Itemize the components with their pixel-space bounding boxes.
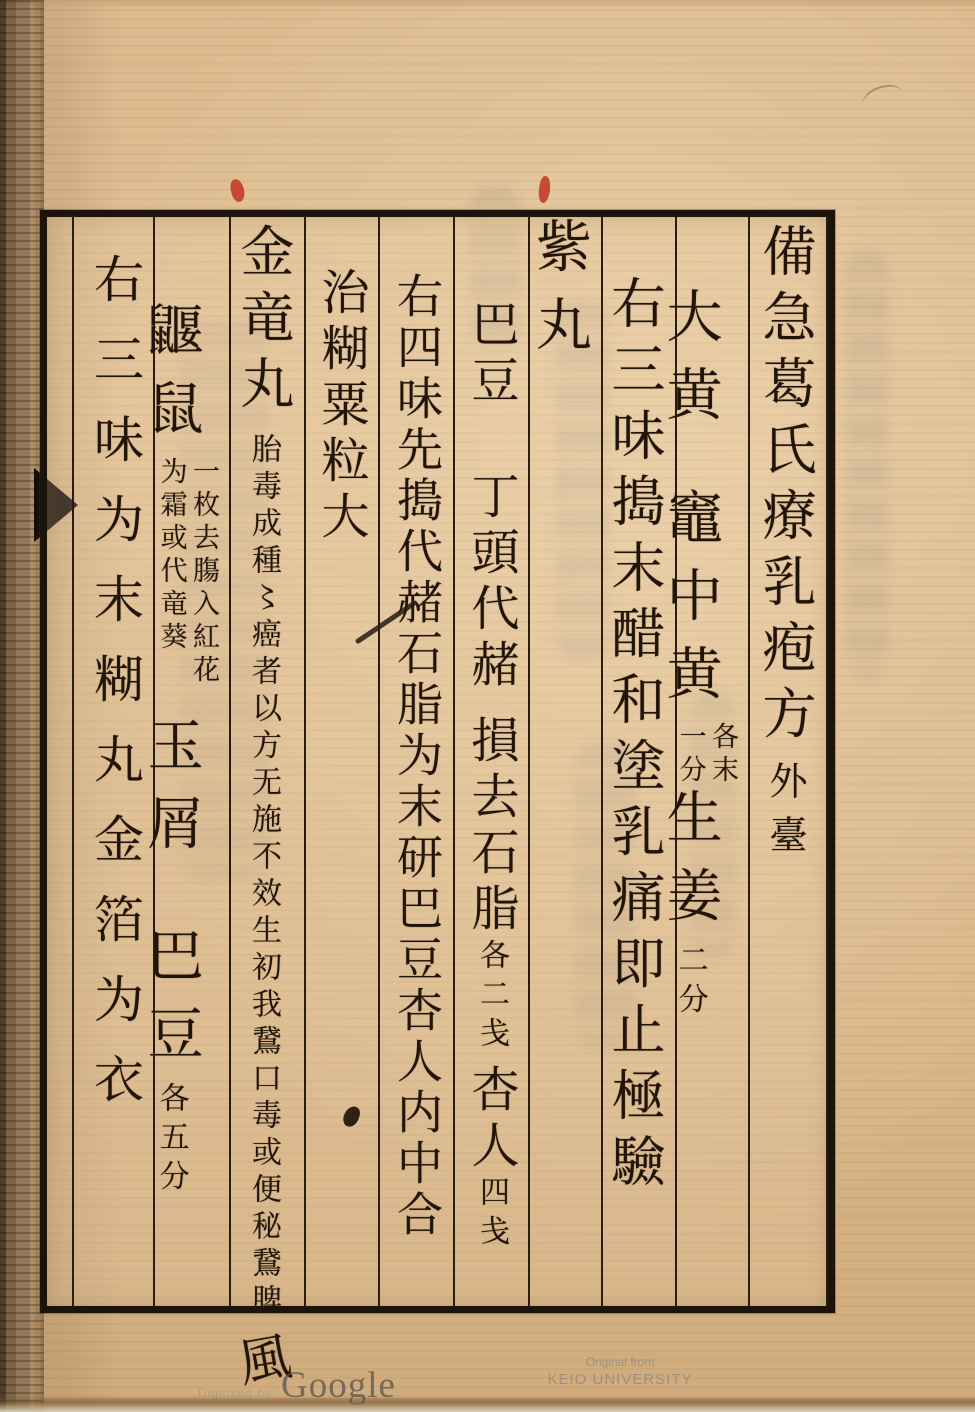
text-run-large: 巴豆 xyxy=(139,926,204,1082)
text-run-large: 鼴鼠 xyxy=(139,301,204,457)
text-run-large: 紫丸 xyxy=(527,217,592,373)
text-run-small2: 各末一分 xyxy=(673,722,738,788)
text-run-large: 右四味先搗代赭石脂为末研巴豆杏人内中合 xyxy=(390,272,444,1241)
original-from-label: Original from xyxy=(540,1354,700,1370)
text-run-large: 治糊粟粒大 xyxy=(313,267,369,547)
text-run-small: 外臺 xyxy=(763,761,807,869)
keio-university-label: KEIO UNIVERSITY xyxy=(540,1370,700,1389)
text-run-large: 玉屑 xyxy=(139,716,204,872)
column-croton-line: 巴豆丁頭代赭損去石脂各二戋杏人四戋 xyxy=(453,217,528,1306)
binding-strip xyxy=(0,0,44,1412)
text-run-large: 杏人 xyxy=(463,1064,519,1176)
text-columns: 備急葛氏療乳疱方外臺大黄竈中黄各末一分生姜二分右三味搗末醋和塗乳痛即止極驗紫丸巴… xyxy=(47,217,828,1306)
text-run-small: 各二戋 xyxy=(474,939,509,1056)
pencil-mark xyxy=(859,80,907,118)
scanned-page: 備急葛氏療乳疱方外臺大黄竈中黄各末一分生姜二分右三味搗末醋和塗乳痛即止極驗紫丸巴… xyxy=(0,0,975,1412)
watermark-digitized: Digitized by Google xyxy=(198,1364,396,1407)
text-run-small: 各五分 xyxy=(154,1082,189,1199)
text-run-large: 金竜丸 xyxy=(232,223,295,421)
text-run-large: 損去石脂 xyxy=(463,715,519,939)
column-mole-line: 鼴鼠一枚去膓入紅花为霜或代竜葵玉屑巴豆各五分 xyxy=(153,217,229,1306)
column-instruction-2: 右四味先搗代赭石脂为末研巴豆杏人内中合 xyxy=(378,217,453,1306)
text-run-small: 四戋 xyxy=(474,1176,509,1254)
text-run-small2: 一枚去膓入紅花为霜或代竜葵 xyxy=(154,457,219,688)
column-paste-size-line: 治糊粟粒大 xyxy=(304,217,378,1306)
text-run-large: 巴豆 xyxy=(463,299,519,411)
text-run-large: 右三味为末糊丸金箔为衣 xyxy=(86,253,144,1133)
text-run-small: 胎毒成種〻癌者以方无施不效生初我鵞口毒或便秘鵞脾 xyxy=(246,433,281,1321)
text-run-large: 竈中黄 xyxy=(658,488,723,722)
text-frame: 備急葛氏療乳疱方外臺大黄竈中黄各末一分生姜二分右三味搗末醋和塗乳痛即止極驗紫丸巴… xyxy=(40,210,835,1313)
vermilion-mark-1 xyxy=(537,175,551,203)
show-through-ghost xyxy=(846,250,888,680)
text-run-large: 備急葛氏療乳疱方 xyxy=(754,223,817,751)
text-run-large: 生姜 xyxy=(658,788,723,944)
watermark-original: Original from KEIO UNIVERSITY xyxy=(540,1354,700,1389)
column-golden-dragon-pill: 金竜丸胎毒成種〻癌者以方无施不效生初我鵞口毒或便秘鵞脾 xyxy=(229,217,304,1306)
text-run-large: 大黄 xyxy=(658,287,723,443)
vermilion-mark-2 xyxy=(229,178,246,203)
column-title: 備急葛氏療乳疱方外臺 xyxy=(748,217,828,1306)
digitized-by-label: Digitized by xyxy=(198,1386,272,1400)
text-run-large: 丁頭代赭 xyxy=(463,471,519,695)
column-rhubarb-line: 大黄竈中黄各末一分生姜二分 xyxy=(675,217,748,1306)
text-run-small: 二分 xyxy=(673,944,708,1022)
column-purple-pill-heading: 紫丸 xyxy=(528,217,601,1306)
column-blank-margin xyxy=(47,217,72,1306)
google-logo: Google xyxy=(281,1364,396,1407)
